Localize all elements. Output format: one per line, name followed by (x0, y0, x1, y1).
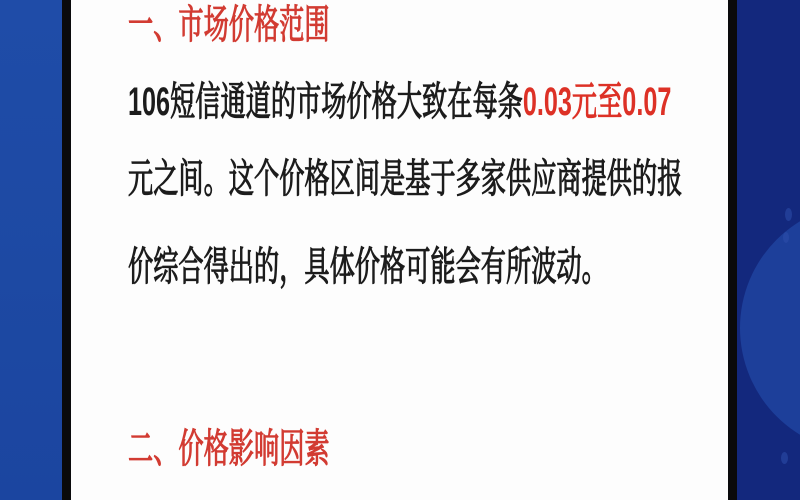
section-1-heading: 一、市场价格范围 (128, 2, 330, 48)
body-line-1: 106短信通道的市场价格大致在每条0.03元至0.07 (128, 79, 671, 125)
right-accent-panel (737, 0, 800, 500)
body-line-2: 元之间。这个价格区间是基于多家供应商提供的报 (128, 156, 682, 202)
dot-decoration (781, 452, 788, 464)
left-divider (62, 0, 71, 500)
document-card: 一、市场价格范围 106短信通道的市场价格大致在每条0.03元至0.07 元之间… (0, 0, 800, 500)
left-accent-panel (0, 0, 62, 500)
content-area: 一、市场价格范围 106短信通道的市场价格大致在每条0.03元至0.07 元之间… (71, 0, 728, 500)
section-2-heading: 二、价格影响因素 (128, 426, 330, 472)
dot-decoration (785, 208, 792, 221)
circle-decoration (740, 203, 800, 453)
right-divider (728, 0, 737, 500)
dot-decoration (783, 232, 789, 243)
body-line-3: 价综合得出的，具体价格可能会有所波动。 (128, 244, 607, 290)
price-highlight: 0.03元至0.07 (523, 80, 671, 124)
body-line-1-text: 106短信通道的市场价格大致在每条 (128, 80, 523, 124)
